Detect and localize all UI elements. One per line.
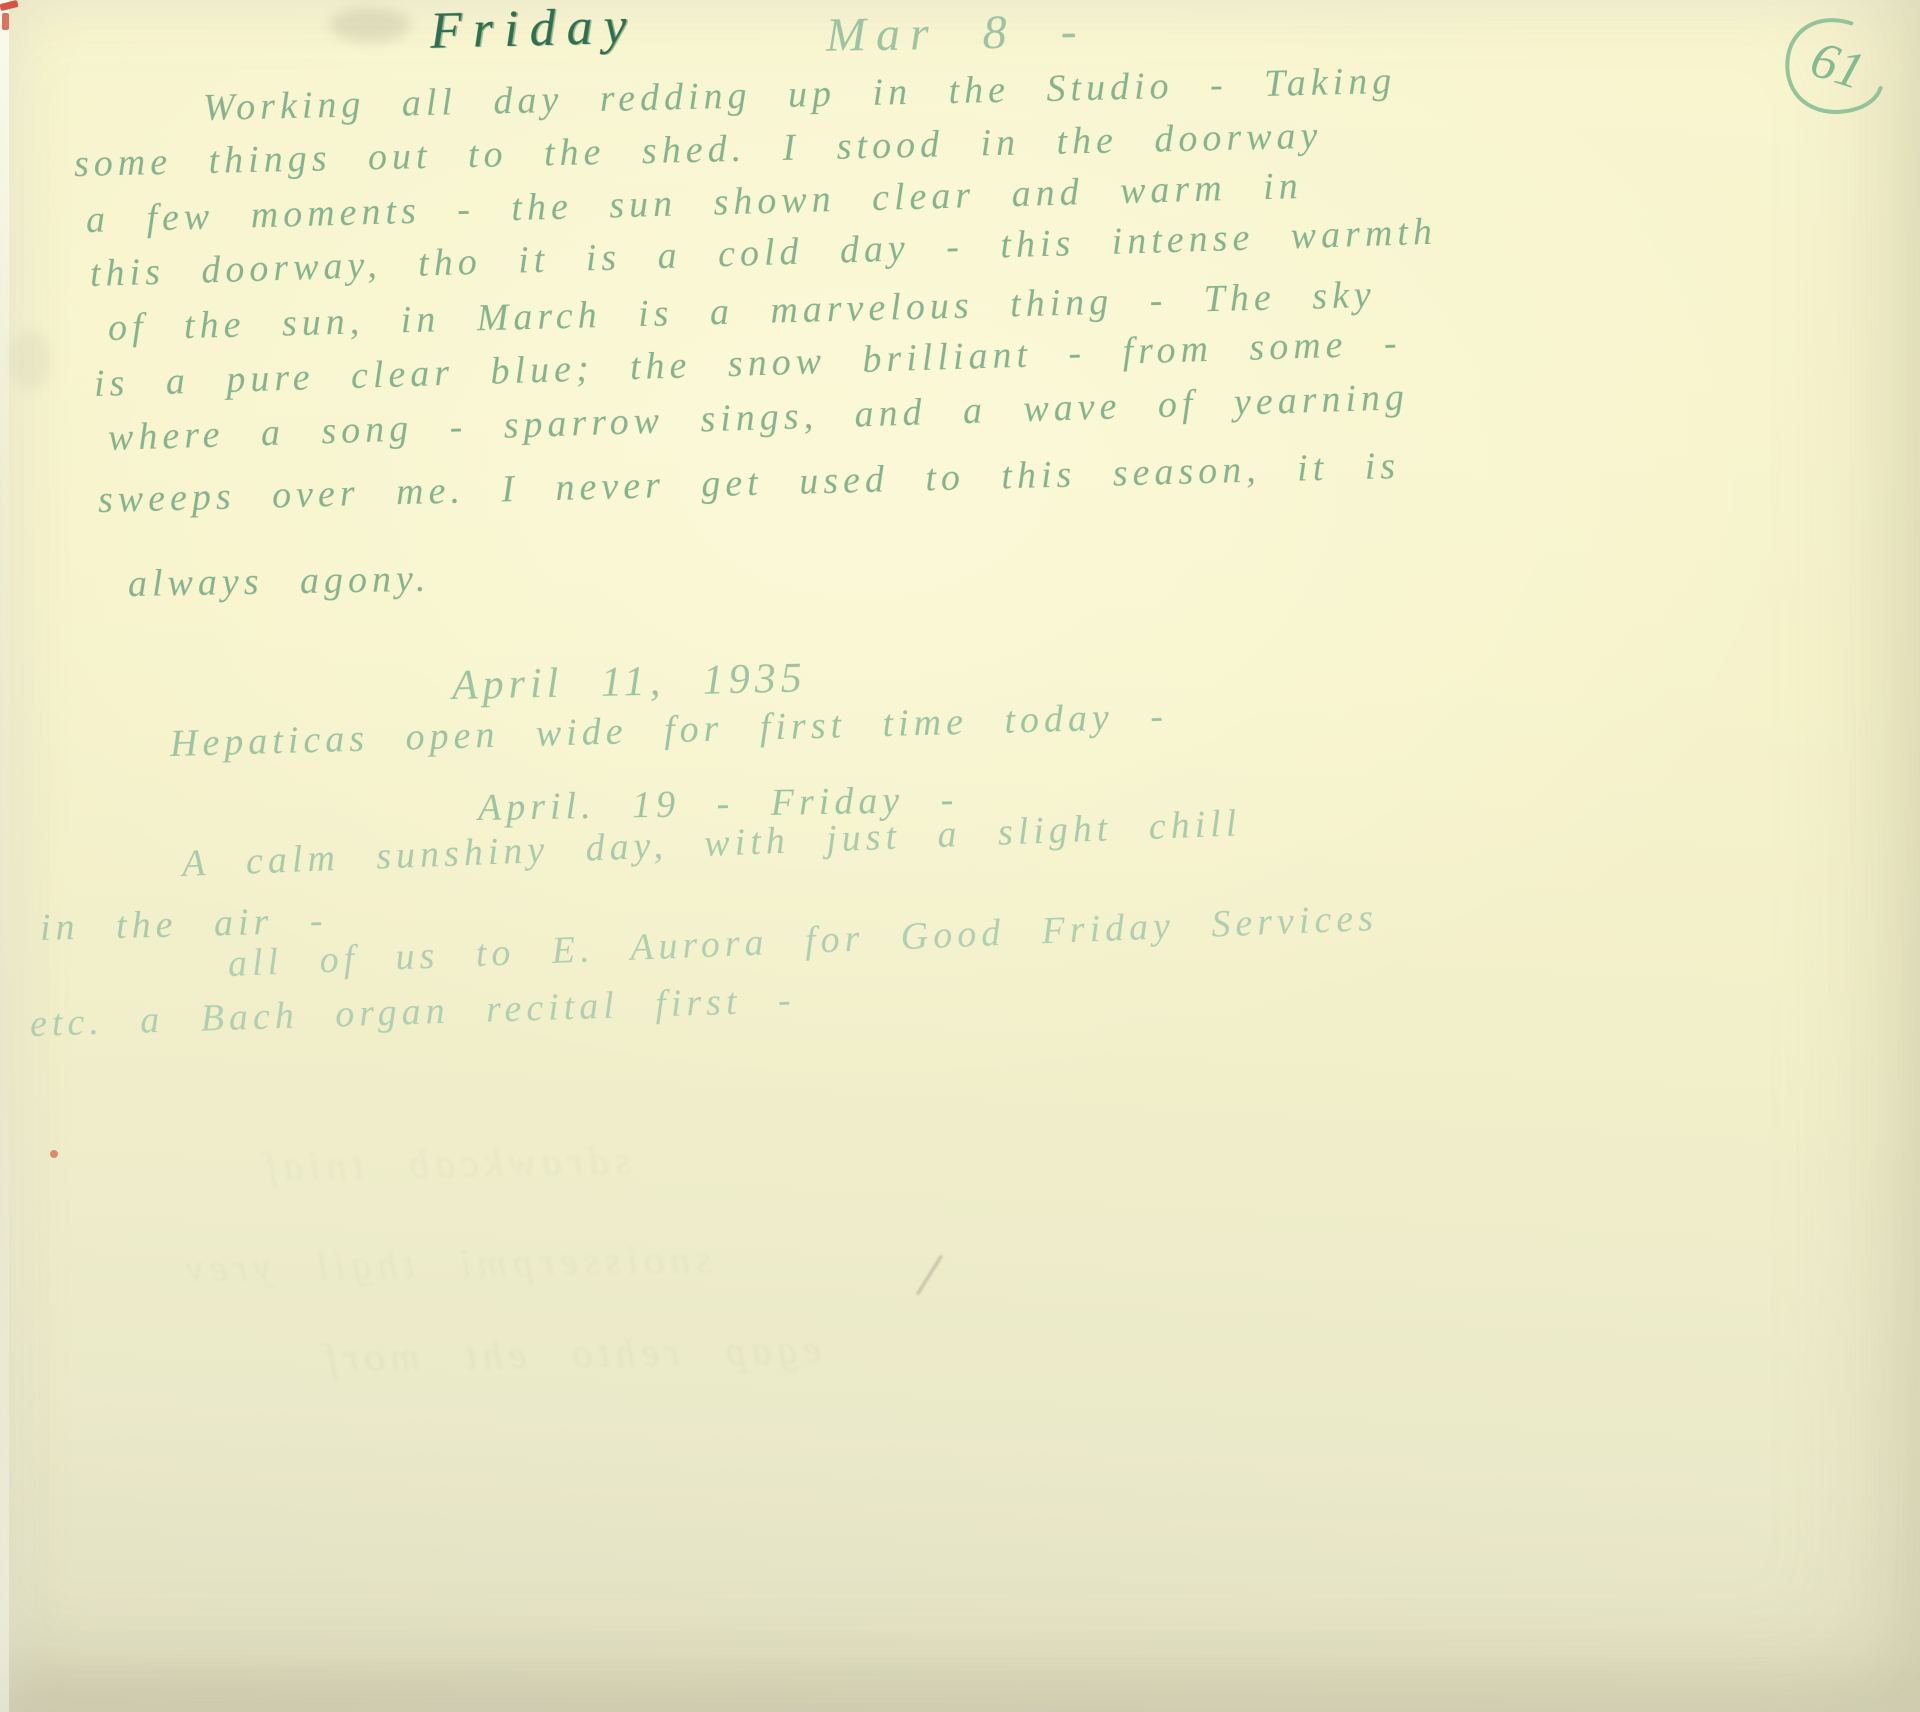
entry-date-apr11: April 11, 1935 (451, 655, 807, 710)
entry-heading-date: Mar 8 - (826, 3, 1088, 63)
scan-edge-sliver (0, 0, 9, 1712)
bleed-through-ghost: snoisserpmi thgil yrev (180, 1235, 713, 1291)
journal-line: all of us to E. Aurora for Good Friday S… (227, 896, 1379, 986)
scan-smudge (10, 330, 50, 390)
journal-line: sweeps over me. I never get used to this… (97, 444, 1400, 522)
pencil-mark (916, 1255, 943, 1296)
journal-line: always agony. (128, 557, 431, 606)
red-ink-mark (2, 13, 9, 30)
scan-smudge (330, 8, 410, 42)
page-number: 61 (1770, 8, 1905, 142)
page-number-text: 61 (1804, 31, 1871, 101)
bleed-through-ghost: sdrawkcab tniaf (260, 1137, 631, 1190)
entry-heading-day: Friday (429, 0, 638, 61)
journal-page: sdrawkcab tniaf snoisserpmi thgil yrev e… (0, 0, 1920, 1712)
red-ink-dot (50, 1150, 58, 1158)
bleed-through-ghost: egap rehto eht morf (320, 1326, 822, 1382)
journal-line: etc. a Bach organ recital first - (29, 978, 796, 1046)
